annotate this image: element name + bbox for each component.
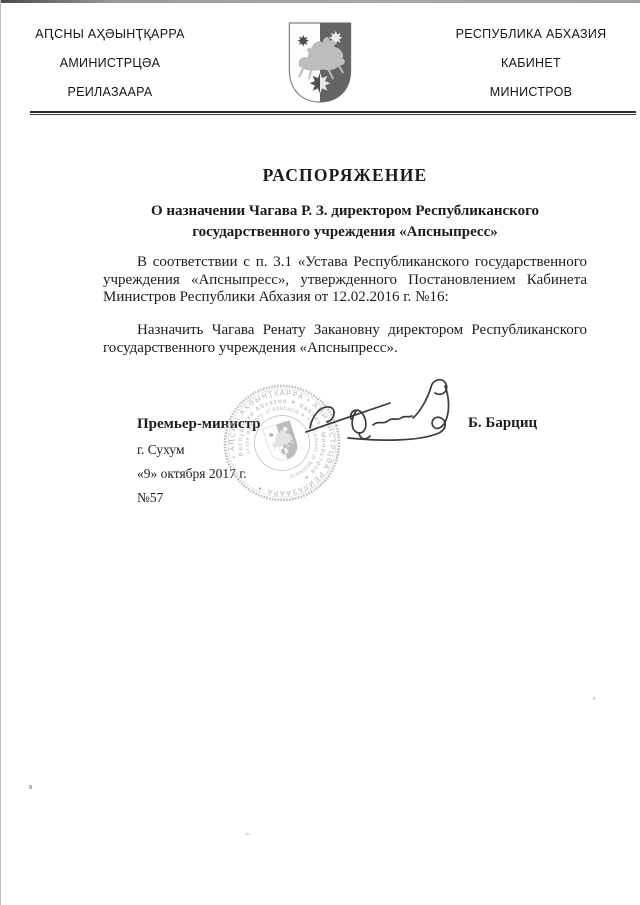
header-separator-rule: [30, 111, 636, 115]
city-line: г. Сухум: [137, 442, 185, 458]
scan-speck: [245, 833, 250, 835]
header-left-line-2: АМИНИСТРЦӘА: [22, 49, 198, 78]
abkhazia-coat-of-arms-icon: [287, 21, 353, 104]
scan-speck: [593, 697, 595, 700]
subject-line-2: государственного учреждения «Апсныпресс»: [103, 222, 587, 243]
body-paragraph-1: В соответствии с п. 3.1 «Устава Республи…: [103, 254, 587, 307]
stamp-center-coat-of-arms: [263, 421, 301, 464]
header-left-line-3: РЕИЛАЗААРА: [22, 78, 198, 107]
scan-left-edge-artifact: [0, 0, 1, 905]
document-number: №57: [137, 490, 163, 506]
body-paragraph-2: Назначить Чагава Ренату Закановну директ…: [103, 322, 587, 357]
scan-speck: [29, 785, 32, 789]
handwritten-signature: [300, 376, 476, 452]
document-subject: О назначении Чагава Р. З. директором Рес…: [103, 201, 587, 243]
document-title: РАСПОРЯЖЕНИЕ: [103, 165, 587, 186]
scan-top-edge-artifact: [0, 0, 640, 3]
header-right-block: РЕСПУБЛИКА АБХАЗИЯ КАБИНЕТ МИНИСТРОВ: [438, 20, 624, 107]
header-right-line-1: РЕСПУБЛИКА АБХАЗИЯ: [438, 20, 624, 49]
header-right-line-3: МИНИСТРОВ: [438, 78, 624, 107]
signer-name: Б. Барциц: [468, 415, 537, 432]
subject-line-1: О назначении Чагава Р. З. директором Рес…: [103, 201, 587, 222]
header-right-line-2: КАБИНЕТ: [438, 49, 624, 78]
scanned-document-page: АԤСНЫ АҲӘЫНҬҚАРРА АМИНИСТРЦӘА РЕИЛАЗААРА…: [0, 0, 640, 905]
header-left-line-1: АԤСНЫ АҲӘЫНҬҚАРРА: [22, 20, 198, 49]
header-left-block: АԤСНЫ АҲӘЫНҬҚАРРА АМИНИСТРЦӘА РЕИЛАЗААРА: [22, 20, 198, 107]
